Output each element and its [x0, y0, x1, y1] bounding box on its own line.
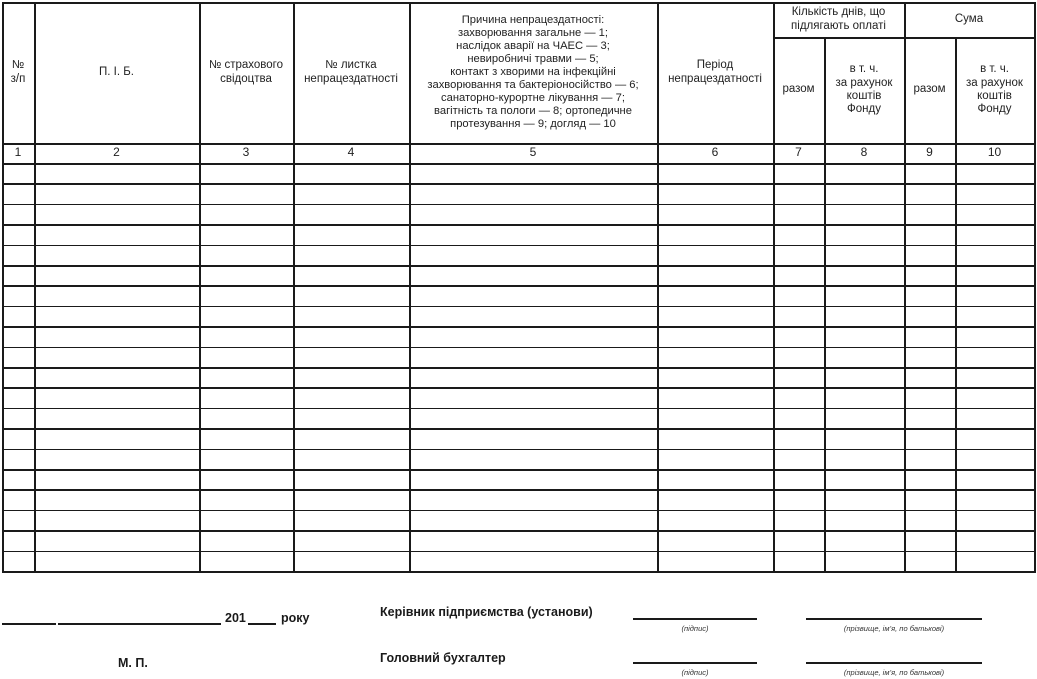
- table-cell-col-8[interactable]: [824, 489, 904, 509]
- table-cell-col-7[interactable]: [773, 285, 824, 305]
- table-cell-col-10[interactable]: [955, 326, 1034, 346]
- table-cell-col-9[interactable]: [904, 183, 955, 203]
- row-divider: [2, 551, 1034, 553]
- header-sum-total: разом: [904, 37, 955, 143]
- table-cell-col-4[interactable]: [293, 367, 409, 387]
- table-cell-col-8[interactable]: [824, 224, 904, 244]
- table-cell-col-4[interactable]: [293, 163, 409, 183]
- table-bottom-border: [2, 571, 1036, 573]
- table-cell-col-3[interactable]: [199, 265, 293, 285]
- table-cell-col-8[interactable]: [824, 265, 904, 285]
- table-cell-col-2[interactable]: [34, 530, 199, 550]
- table-cell-col-3[interactable]: [199, 183, 293, 203]
- column-number-4: 4: [293, 143, 409, 163]
- header-sum-fund: в т. ч. за рахунок коштів Фонду: [955, 37, 1034, 143]
- table-cell-col-5[interactable]: [409, 347, 657, 367]
- column-divider: [773, 2, 775, 571]
- table-cell-col-2[interactable]: [34, 367, 199, 387]
- table-cell-col-10[interactable]: [955, 245, 1034, 265]
- table-cell-col-4[interactable]: [293, 551, 409, 571]
- column-divider: [293, 2, 295, 571]
- table-cell-col-3[interactable]: [199, 530, 293, 550]
- table-cell-col-10[interactable]: [955, 224, 1034, 244]
- table-cell-col-6[interactable]: [657, 530, 773, 550]
- table-cell-col-8[interactable]: [824, 551, 904, 571]
- column-number-2: 2: [34, 143, 199, 163]
- table-cell-col-9[interactable]: [904, 428, 955, 448]
- row-divider: [2, 489, 1034, 491]
- column-divider: [657, 2, 659, 571]
- table-cell-col-7[interactable]: [773, 551, 824, 571]
- table-cell-col-10[interactable]: [955, 489, 1034, 509]
- table-left-border: [2, 2, 4, 571]
- table-cell-col-10[interactable]: [955, 204, 1034, 224]
- table-cell-col-10[interactable]: [955, 306, 1034, 326]
- table-cell-col-6[interactable]: [657, 428, 773, 448]
- table-cell-col-8[interactable]: [824, 469, 904, 489]
- row-divider: [2, 469, 1034, 471]
- table-cell-col-8[interactable]: [824, 204, 904, 224]
- table-cell-col-1[interactable]: [2, 204, 34, 224]
- table-cell-col-10[interactable]: [955, 551, 1034, 571]
- accountant-name-caption: (прізвище, ім’я, по батькові): [806, 668, 982, 677]
- table-cell-col-9[interactable]: [904, 204, 955, 224]
- table-cell-col-6[interactable]: [657, 489, 773, 509]
- table-cell-col-7[interactable]: [773, 306, 824, 326]
- table-cell-col-1[interactable]: [2, 551, 34, 571]
- column-number-10: 10: [955, 143, 1034, 163]
- table-cell-col-2[interactable]: [34, 306, 199, 326]
- header-sum-group: Сума: [904, 2, 1034, 37]
- table-cell-col-7[interactable]: [773, 489, 824, 509]
- table-cell-col-4[interactable]: [293, 530, 409, 550]
- table-cell-col-9[interactable]: [904, 224, 955, 244]
- header-sick-leave-number: № листка непрацездатності: [293, 2, 409, 143]
- table-cell-col-10[interactable]: [955, 428, 1034, 448]
- table-cell-col-3[interactable]: [199, 387, 293, 407]
- table-cell-col-4[interactable]: [293, 204, 409, 224]
- table-cell-col-9[interactable]: [904, 245, 955, 265]
- accountant-name-line[interactable]: [806, 662, 982, 664]
- table-cell-col-5[interactable]: [409, 183, 657, 203]
- table-cell-col-6[interactable]: [657, 163, 773, 183]
- table-cell-col-9[interactable]: [904, 551, 955, 571]
- table-cell-col-4[interactable]: [293, 224, 409, 244]
- row-divider: [2, 530, 1034, 532]
- table-cell-col-10[interactable]: [955, 285, 1034, 305]
- column-number-9: 9: [904, 143, 955, 163]
- table-cell-col-7[interactable]: [773, 204, 824, 224]
- table-cell-col-7[interactable]: [773, 347, 824, 367]
- row-divider: [2, 347, 1034, 349]
- table-cell-col-4[interactable]: [293, 326, 409, 346]
- table-cell-col-7[interactable]: [773, 265, 824, 285]
- table-cell-col-5[interactable]: [409, 285, 657, 305]
- header-insurance-certificate: № страхового свідоцтва: [199, 2, 293, 143]
- table-cell-col-4[interactable]: [293, 285, 409, 305]
- table-cell-col-3[interactable]: [199, 204, 293, 224]
- table-cell-col-2[interactable]: [34, 551, 199, 571]
- table-cell-col-7[interactable]: [773, 530, 824, 550]
- row-divider: [2, 449, 1034, 451]
- row-divider: [2, 183, 1034, 185]
- table-cell-col-10[interactable]: [955, 510, 1034, 530]
- table-cell-col-5[interactable]: [409, 224, 657, 244]
- table-cell-col-9[interactable]: [904, 408, 955, 428]
- header-days-fund: в т. ч. за рахунок коштів Фонду: [824, 37, 904, 143]
- table-cell-col-3[interactable]: [199, 224, 293, 244]
- table-cell-col-3[interactable]: [199, 428, 293, 448]
- column-divider: [199, 2, 201, 571]
- table-cell-col-8[interactable]: [824, 428, 904, 448]
- header-full-name: П. І. Б.: [34, 2, 199, 143]
- table-cell-col-6[interactable]: [657, 326, 773, 346]
- table-cell-col-7[interactable]: [773, 163, 824, 183]
- table-cell-col-2[interactable]: [34, 489, 199, 509]
- table-cell-col-2[interactable]: [34, 285, 199, 305]
- table-cell-col-6[interactable]: [657, 224, 773, 244]
- table-cell-col-1[interactable]: [2, 428, 34, 448]
- head-signature-line[interactable]: [633, 618, 757, 620]
- table-cell-col-1[interactable]: [2, 530, 34, 550]
- table-cell-col-2[interactable]: [34, 428, 199, 448]
- table-cell-col-5[interactable]: [409, 530, 657, 550]
- column-number-8: 8: [824, 143, 904, 163]
- date-month-line[interactable]: [58, 623, 221, 625]
- table-cell-col-9[interactable]: [904, 367, 955, 387]
- table-cell-col-4[interactable]: [293, 449, 409, 469]
- table-cell-col-7[interactable]: [773, 367, 824, 387]
- table-cell-col-1[interactable]: [2, 347, 34, 367]
- table-cell-col-4[interactable]: [293, 428, 409, 448]
- table-cell-col-5[interactable]: [409, 469, 657, 489]
- table-cell-col-10[interactable]: [955, 469, 1034, 489]
- row-divider: [2, 224, 1034, 226]
- table-cell-col-6[interactable]: [657, 367, 773, 387]
- table-cell-col-2[interactable]: [34, 408, 199, 428]
- table-cell-col-10[interactable]: [955, 530, 1034, 550]
- header-row-number: № з/п: [2, 2, 34, 143]
- header-days-group: Кількість днів, що підлягають оплаті: [773, 2, 904, 37]
- table-cell-col-2[interactable]: [34, 265, 199, 285]
- table-cell-col-6[interactable]: [657, 408, 773, 428]
- table-cell-col-6[interactable]: [657, 551, 773, 571]
- column-divider: [904, 2, 906, 571]
- table-cell-col-8[interactable]: [824, 387, 904, 407]
- table-cell-col-1[interactable]: [2, 163, 34, 183]
- table-cell-col-6[interactable]: [657, 387, 773, 407]
- column-number-5: 5: [409, 143, 657, 163]
- table-cell-col-5[interactable]: [409, 510, 657, 530]
- table-cell-col-9[interactable]: [904, 326, 955, 346]
- table-cell-col-1[interactable]: [2, 469, 34, 489]
- table-cell-col-8[interactable]: [824, 183, 904, 203]
- column-divider: [409, 2, 411, 571]
- date-suffix: року: [281, 611, 309, 625]
- table-cell-col-1[interactable]: [2, 489, 34, 509]
- table-cell-col-6[interactable]: [657, 204, 773, 224]
- table-cell-col-4[interactable]: [293, 469, 409, 489]
- date-day-line[interactable]: [2, 623, 56, 625]
- table-cell-col-8[interactable]: [824, 163, 904, 183]
- stamp-label: М. П.: [118, 656, 148, 670]
- accountant-signature-caption: (підпис): [633, 668, 757, 677]
- table-cell-col-2[interactable]: [34, 204, 199, 224]
- table-cell-col-5[interactable]: [409, 204, 657, 224]
- table-cell-col-7[interactable]: [773, 224, 824, 244]
- table-cell-col-1[interactable]: [2, 510, 34, 530]
- table-cell-col-9[interactable]: [904, 510, 955, 530]
- table-cell-col-4[interactable]: [293, 408, 409, 428]
- table-cell-col-6[interactable]: [657, 245, 773, 265]
- table-cell-col-8[interactable]: [824, 408, 904, 428]
- column-number-3: 3: [199, 143, 293, 163]
- table-cell-col-1[interactable]: [2, 449, 34, 469]
- table-cell-col-9[interactable]: [904, 265, 955, 285]
- table-cell-col-8[interactable]: [824, 285, 904, 305]
- table-cell-col-5[interactable]: [409, 306, 657, 326]
- table-cell-col-9[interactable]: [904, 285, 955, 305]
- head-label: Керівник підприємства (установи): [380, 605, 593, 619]
- table-cell-col-1[interactable]: [2, 306, 34, 326]
- table-cell-col-9[interactable]: [904, 530, 955, 550]
- table-cell-col-9[interactable]: [904, 306, 955, 326]
- table-cell-col-4[interactable]: [293, 183, 409, 203]
- table-cell-col-6[interactable]: [657, 510, 773, 530]
- table-cell-col-10[interactable]: [955, 163, 1034, 183]
- table-cell-col-8[interactable]: [824, 306, 904, 326]
- table-cell-col-6[interactable]: [657, 449, 773, 469]
- table-cell-col-8[interactable]: [824, 449, 904, 469]
- header-disability-period: Період непрацездатності: [657, 2, 773, 143]
- table-cell-col-6[interactable]: [657, 306, 773, 326]
- table-cell-col-1[interactable]: [2, 224, 34, 244]
- row-divider: [2, 204, 1034, 206]
- table-cell-col-2[interactable]: [34, 347, 199, 367]
- table-cell-col-5[interactable]: [409, 449, 657, 469]
- column-divider: [955, 37, 957, 571]
- head-name-line[interactable]: [806, 618, 982, 620]
- table-cell-col-4[interactable]: [293, 510, 409, 530]
- column-divider: [34, 2, 36, 571]
- table-cell-col-5[interactable]: [409, 428, 657, 448]
- table-cell-col-7[interactable]: [773, 408, 824, 428]
- accountant-label: Головний бухгалтер: [380, 651, 506, 665]
- table-cell-col-10[interactable]: [955, 449, 1034, 469]
- table-cell-col-1[interactable]: [2, 408, 34, 428]
- row-divider: [2, 326, 1034, 328]
- table-cell-col-8[interactable]: [824, 326, 904, 346]
- table-cell-col-2[interactable]: [34, 469, 199, 489]
- table-cell-col-4[interactable]: [293, 347, 409, 367]
- table-cell-col-2[interactable]: [34, 387, 199, 407]
- row-divider: [2, 285, 1034, 287]
- table-cell-col-3[interactable]: [199, 489, 293, 509]
- table-cell-col-1[interactable]: [2, 183, 34, 203]
- table-cell-col-3[interactable]: [199, 285, 293, 305]
- table-cell-col-6[interactable]: [657, 469, 773, 489]
- table-cell-col-4[interactable]: [293, 306, 409, 326]
- table-cell-col-7[interactable]: [773, 469, 824, 489]
- date-year-prefix: 201: [225, 611, 246, 625]
- accountant-signature-line[interactable]: [633, 662, 757, 664]
- row-divider: [2, 428, 1034, 430]
- table-cell-col-3[interactable]: [199, 449, 293, 469]
- table-cell-col-2[interactable]: [34, 510, 199, 530]
- row-divider: [2, 306, 1034, 308]
- table-cell-col-4[interactable]: [293, 387, 409, 407]
- table-cell-col-3[interactable]: [199, 510, 293, 530]
- table-cell-col-9[interactable]: [904, 449, 955, 469]
- column-number-1: 1: [2, 143, 34, 163]
- table-cell-col-5[interactable]: [409, 265, 657, 285]
- table-cell-col-4[interactable]: [293, 245, 409, 265]
- table-cell-col-3[interactable]: [199, 306, 293, 326]
- column-number-6: 6: [657, 143, 773, 163]
- table-cell-col-2[interactable]: [34, 183, 199, 203]
- table-cell-col-7[interactable]: [773, 183, 824, 203]
- table-cell-col-1[interactable]: [2, 285, 34, 305]
- table-cell-col-7[interactable]: [773, 510, 824, 530]
- table-cell-col-10[interactable]: [955, 265, 1034, 285]
- table-cell-col-3[interactable]: [199, 245, 293, 265]
- table-cell-col-5[interactable]: [409, 163, 657, 183]
- table-cell-col-7[interactable]: [773, 387, 824, 407]
- table-cell-col-10[interactable]: [955, 367, 1034, 387]
- head-signature-caption: (підпис): [633, 624, 757, 633]
- row-divider: [2, 387, 1034, 389]
- table-cell-col-4[interactable]: [293, 265, 409, 285]
- table-cell-col-10[interactable]: [955, 183, 1034, 203]
- row-divider: [2, 408, 1034, 410]
- table-cell-col-5[interactable]: [409, 551, 657, 571]
- header-days-total: разом: [773, 37, 824, 143]
- table-cell-col-6[interactable]: [657, 347, 773, 367]
- table-cell-col-8[interactable]: [824, 530, 904, 550]
- table-cell-col-5[interactable]: [409, 408, 657, 428]
- table-cell-col-8[interactable]: [824, 367, 904, 387]
- table-cell-col-8[interactable]: [824, 245, 904, 265]
- table-cell-col-9[interactable]: [904, 347, 955, 367]
- row-divider: [2, 367, 1034, 369]
- table-cell-col-7[interactable]: [773, 245, 824, 265]
- table-cell-col-10[interactable]: [955, 387, 1034, 407]
- column-numbers-bottom-border: [2, 163, 1034, 165]
- table-cell-col-4[interactable]: [293, 489, 409, 509]
- column-divider: [824, 37, 826, 571]
- table-cell-col-7[interactable]: [773, 326, 824, 346]
- table-cell-col-6[interactable]: [657, 285, 773, 305]
- table-cell-col-7[interactable]: [773, 428, 824, 448]
- table-cell-col-8[interactable]: [824, 510, 904, 530]
- table-cell-col-3[interactable]: [199, 469, 293, 489]
- table-top-border: [2, 2, 1034, 4]
- table-cell-col-9[interactable]: [904, 469, 955, 489]
- table-cell-col-5[interactable]: [409, 489, 657, 509]
- table-cell-col-10[interactable]: [955, 347, 1034, 367]
- table-cell-col-3[interactable]: [199, 163, 293, 183]
- table-cell-col-9[interactable]: [904, 163, 955, 183]
- table-cell-col-5[interactable]: [409, 387, 657, 407]
- header-bottom-border: [2, 143, 1034, 145]
- row-divider: [2, 265, 1034, 267]
- table-cell-col-3[interactable]: [199, 347, 293, 367]
- table-cell-col-2[interactable]: [34, 449, 199, 469]
- table-cell-col-7[interactable]: [773, 449, 824, 469]
- table-cell-col-1[interactable]: [2, 387, 34, 407]
- table-cell-col-8[interactable]: [824, 347, 904, 367]
- table-cell-col-2[interactable]: [34, 245, 199, 265]
- table-cell-col-9[interactable]: [904, 387, 955, 407]
- table-cell-col-6[interactable]: [657, 183, 773, 203]
- table-cell-col-1[interactable]: [2, 367, 34, 387]
- table-cell-col-2[interactable]: [34, 163, 199, 183]
- date-year-line[interactable]: [248, 623, 276, 625]
- table-cell-col-5[interactable]: [409, 367, 657, 387]
- table-cell-col-2[interactable]: [34, 224, 199, 244]
- row-divider: [2, 510, 1034, 512]
- table-cell-col-1[interactable]: [2, 245, 34, 265]
- table-cell-col-5[interactable]: [409, 326, 657, 346]
- table-cell-col-3[interactable]: [199, 326, 293, 346]
- table-cell-col-1[interactable]: [2, 326, 34, 346]
- table-cell-col-3[interactable]: [199, 408, 293, 428]
- table-cell-col-1[interactable]: [2, 265, 34, 285]
- row-divider: [2, 245, 1034, 247]
- table-cell-col-3[interactable]: [199, 551, 293, 571]
- table-cell-col-6[interactable]: [657, 265, 773, 285]
- table-cell-col-2[interactable]: [34, 326, 199, 346]
- table-cell-col-5[interactable]: [409, 245, 657, 265]
- header-disability-reason: Причина непрацездатності: захворювання з…: [409, 2, 657, 143]
- head-name-caption: (прізвище, ім’я, по батькові): [806, 624, 982, 633]
- table-cell-col-9[interactable]: [904, 489, 955, 509]
- table-cell-col-10[interactable]: [955, 408, 1034, 428]
- table-right-border: [1034, 2, 1036, 571]
- table-cell-col-3[interactable]: [199, 367, 293, 387]
- column-number-7: 7: [773, 143, 824, 163]
